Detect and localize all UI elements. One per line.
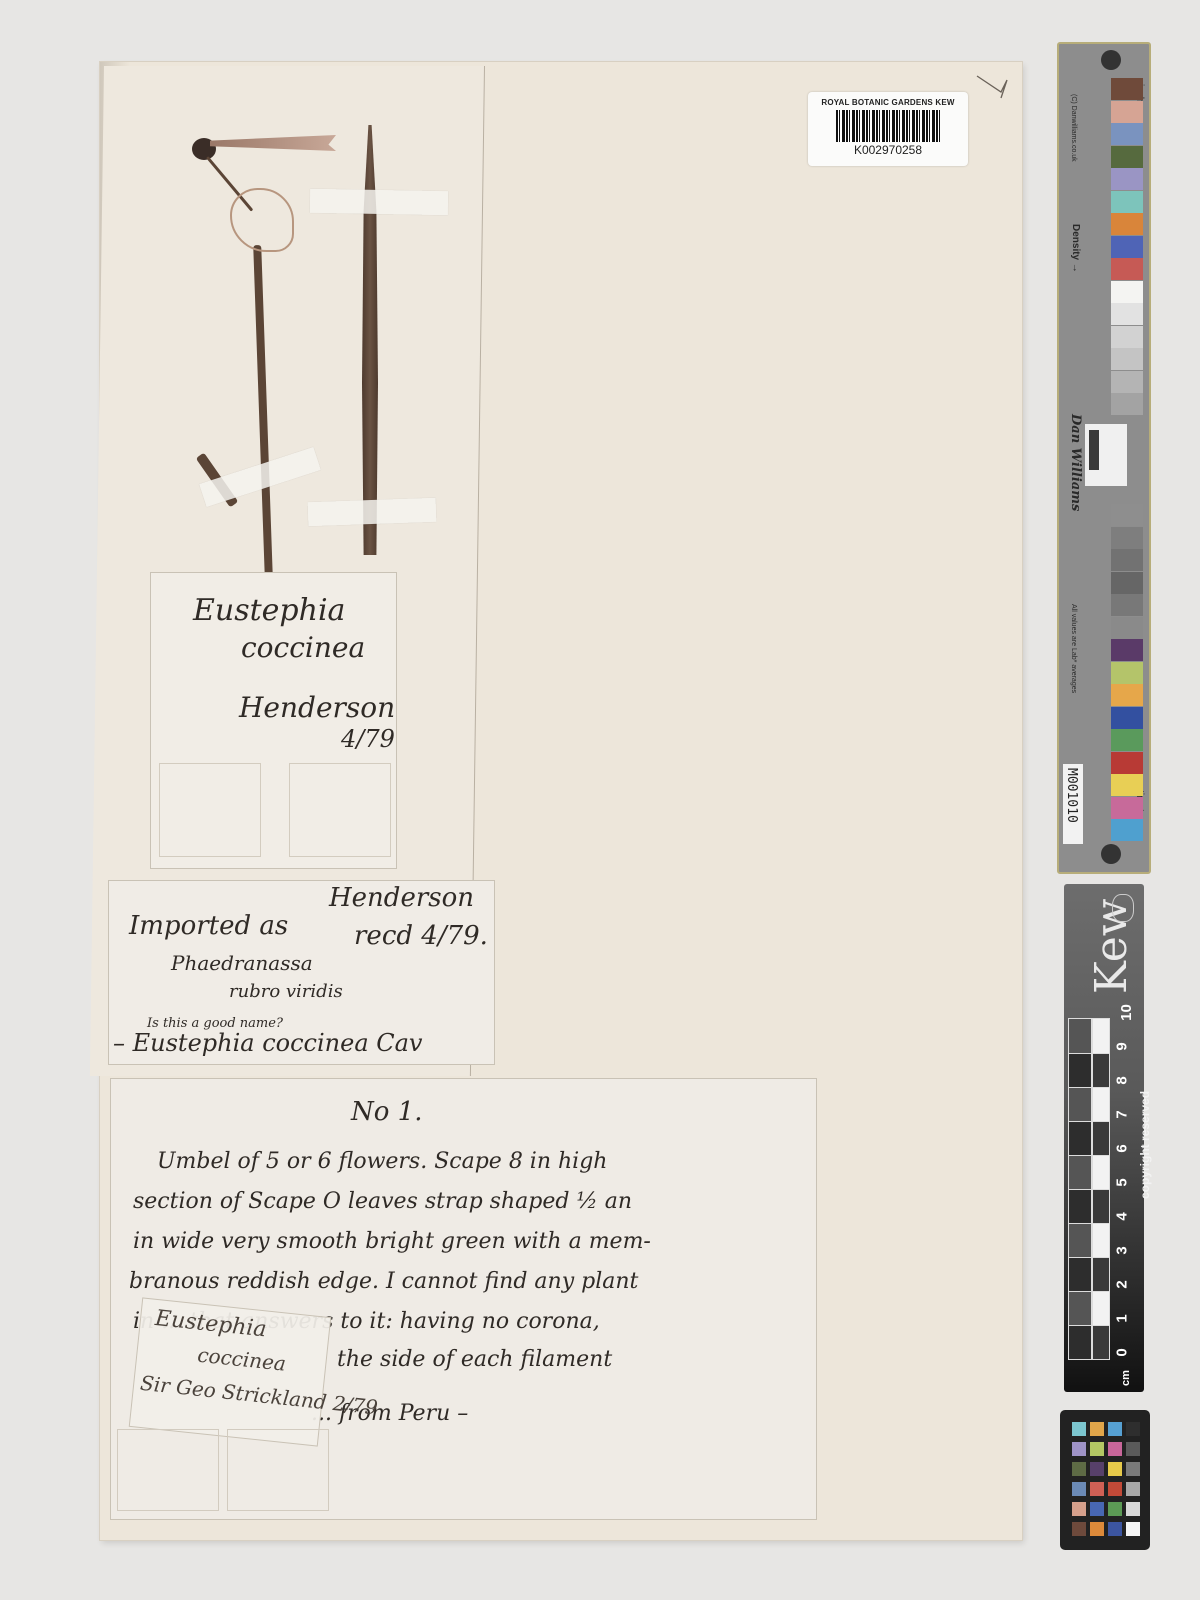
colour-chip [1108, 1482, 1122, 1496]
scale-number: 6 [1114, 1144, 1131, 1152]
collector-name: Henderson [329, 883, 474, 913]
colour-chip [1090, 1522, 1104, 1536]
collector-name: Sir Geo Strickland 2/79 [139, 1371, 379, 1420]
plant-specimen [190, 120, 460, 560]
colour-swatch [1111, 594, 1143, 616]
scale-cell [1068, 1052, 1092, 1088]
colour-swatch [1111, 752, 1143, 774]
notes-line: section of Scape O leaves strap shaped ½… [133, 1189, 632, 1214]
scale-cell [1068, 1324, 1092, 1360]
colour-swatch [1111, 819, 1143, 841]
genus-name: Eustephia [154, 1306, 268, 1343]
colour-swatch [1111, 191, 1143, 213]
colour-chip [1090, 1482, 1104, 1496]
colour-swatch [1111, 123, 1143, 145]
colour-swatch [1111, 729, 1143, 751]
scale-number: 0 [1114, 1348, 1131, 1356]
colour-swatch [1111, 527, 1143, 549]
pencil-mark-icon [975, 72, 1011, 104]
ruler-hole-icon [1101, 50, 1121, 70]
small-determination-label: Eustephia coccinea Sir Geo Strickland 2/… [129, 1297, 332, 1446]
scale-number: 3 [1114, 1246, 1131, 1254]
colour-swatch [1111, 549, 1143, 571]
colour-chip [1108, 1422, 1122, 1436]
scale-cell [1068, 1018, 1092, 1054]
scale-cell [1092, 1256, 1110, 1292]
notes-line: Umbel of 5 or 6 flowers. Scape 8 in high [157, 1149, 607, 1174]
colour-chip [1072, 1482, 1086, 1496]
scale-cell [1092, 1188, 1110, 1224]
import-label: Henderson Imported as recd 4/79. Phaedra… [108, 880, 495, 1065]
envelope-flap [227, 1429, 329, 1511]
scale-number: 5 [1114, 1178, 1131, 1186]
colour-chip [1072, 1522, 1086, 1536]
scale-cell [1092, 1052, 1110, 1088]
colour-swatch [1111, 101, 1143, 123]
field-notes-label: No 1. Umbel of 5 or 6 flowers. Scape 8 i… [110, 1078, 817, 1520]
brand-label: Dan Williams [1068, 414, 1083, 511]
colour-swatch [1111, 684, 1143, 706]
colour-chip [1126, 1502, 1140, 1516]
scale-cell [1092, 1018, 1110, 1054]
scale-cell [1068, 1222, 1092, 1258]
scale-cell [1068, 1290, 1092, 1326]
scale-cell [1068, 1120, 1092, 1156]
colour-chip [1072, 1502, 1086, 1516]
species-name: coccinea [241, 631, 365, 664]
colour-chip [1126, 1462, 1140, 1476]
colour-checker-card [1060, 1410, 1150, 1550]
colour-chip [1126, 1482, 1140, 1496]
colour-swatch [1111, 78, 1143, 100]
received-date: recd 4/79. [354, 921, 488, 951]
barcode-label: ROYAL BOTANIC GARDENS KEW K002970258 [808, 92, 968, 166]
scale-cell [1092, 1290, 1110, 1326]
colour-chip [1126, 1422, 1140, 1436]
colour-swatch [1111, 168, 1143, 190]
scale-number: 8 [1114, 1076, 1131, 1084]
imported-name: Phaedranassa [171, 951, 313, 975]
scale-unit: cm [1120, 1370, 1132, 1386]
colour-chip [1072, 1422, 1086, 1436]
notes-line: the side of each filament [337, 1347, 612, 1372]
scale-cell [1068, 1086, 1092, 1122]
colour-swatch [1111, 303, 1143, 325]
scale-cell [1092, 1324, 1110, 1360]
colour-swatch [1111, 146, 1143, 168]
scale-number: 10 [1118, 1004, 1135, 1021]
ruler-code-label: M001010 [1063, 764, 1083, 844]
scale-number: 7 [1114, 1110, 1131, 1118]
colour-chip [1108, 1502, 1122, 1516]
scale-cell [1068, 1188, 1092, 1224]
import-text: Imported as [129, 911, 288, 941]
genus-name: Eustephia [193, 593, 345, 628]
colour-swatch [1111, 774, 1143, 796]
colour-swatch [1111, 213, 1143, 235]
scale-number: 9 [1114, 1042, 1131, 1050]
colour-swatch [1111, 348, 1143, 370]
colour-swatch [1111, 326, 1143, 348]
colour-swatch [1111, 572, 1143, 594]
barcode-icon [836, 110, 940, 142]
colour-chip [1126, 1442, 1140, 1456]
colour-chip [1126, 1522, 1140, 1536]
colour-swatch [1111, 617, 1143, 639]
colour-swatch [1111, 797, 1143, 819]
scale-number: 2 [1114, 1280, 1131, 1288]
scale-cell [1092, 1120, 1110, 1156]
notes-line: in wide very smooth bright green with a … [133, 1229, 651, 1254]
imported-epithet: rubro viridis [229, 981, 343, 1002]
colour-swatch [1111, 639, 1143, 661]
envelope-flap [159, 763, 261, 857]
footnote-label: All values are Lab* averages [1070, 604, 1077, 693]
ruler-target-patch [1085, 424, 1127, 486]
envelope-flap [117, 1429, 219, 1511]
barcode-number: K002970258 [808, 143, 968, 157]
kew-scale-bar: Kew copyright reserved 012345678910cm [1064, 884, 1144, 1392]
crown-crest-icon [1112, 894, 1134, 922]
colour-chip [1108, 1442, 1122, 1456]
notes-line: branous reddish edge. I cannot find any … [129, 1269, 638, 1294]
colour-chip [1090, 1422, 1104, 1436]
colour-chip [1090, 1462, 1104, 1476]
colour-swatch [1111, 371, 1143, 393]
species-name: coccinea [196, 1343, 287, 1376]
corrected-name: – Eustephia coccinea Cav [113, 1029, 422, 1057]
colour-calibration-ruler: inches centimeters Density → Dan William… [1057, 42, 1151, 874]
colour-chip [1072, 1462, 1086, 1476]
scale-cell [1092, 1154, 1110, 1190]
notes-heading: No 1. [351, 1097, 422, 1127]
mounting-tape [310, 189, 448, 215]
determination-label: Eustephia coccinea Henderson 4/79 [150, 572, 397, 869]
copyright-label: (C) Danwilliams.co.uk [1070, 94, 1077, 162]
flower-tube [210, 135, 336, 151]
scale-cell [1068, 1256, 1092, 1292]
colour-chip [1090, 1442, 1104, 1456]
colour-chip [1090, 1502, 1104, 1516]
scale-cell [1092, 1222, 1110, 1258]
target-bar [1089, 430, 1099, 470]
colour-chip [1072, 1442, 1086, 1456]
scale-number: 1 [1114, 1314, 1131, 1322]
density-label: Density → [1070, 224, 1081, 273]
colour-swatch [1111, 662, 1143, 684]
collection-date: 4/79 [341, 725, 395, 753]
copyright-label: copyright reserved [1138, 1091, 1152, 1199]
colour-chip [1108, 1522, 1122, 1536]
withered-flowers [230, 188, 294, 252]
colour-swatch [1111, 258, 1143, 280]
scale-cell [1092, 1086, 1110, 1122]
colour-swatch [1111, 393, 1143, 415]
colour-chip [1108, 1462, 1122, 1476]
mounting-tape [308, 498, 437, 526]
colour-swatch [1111, 236, 1143, 258]
colour-swatch [1111, 504, 1143, 526]
collector-name: Henderson [239, 691, 395, 724]
scale-number: 4 [1114, 1212, 1131, 1220]
colour-swatch [1111, 281, 1143, 303]
ruler-code: M001010 [1064, 768, 1079, 823]
ruler-hole-icon [1101, 844, 1121, 864]
colour-swatch [1111, 707, 1143, 729]
institution-name: ROYAL BOTANIC GARDENS KEW [808, 98, 968, 107]
envelope-flap [289, 763, 391, 857]
scale-cell [1068, 1154, 1092, 1190]
